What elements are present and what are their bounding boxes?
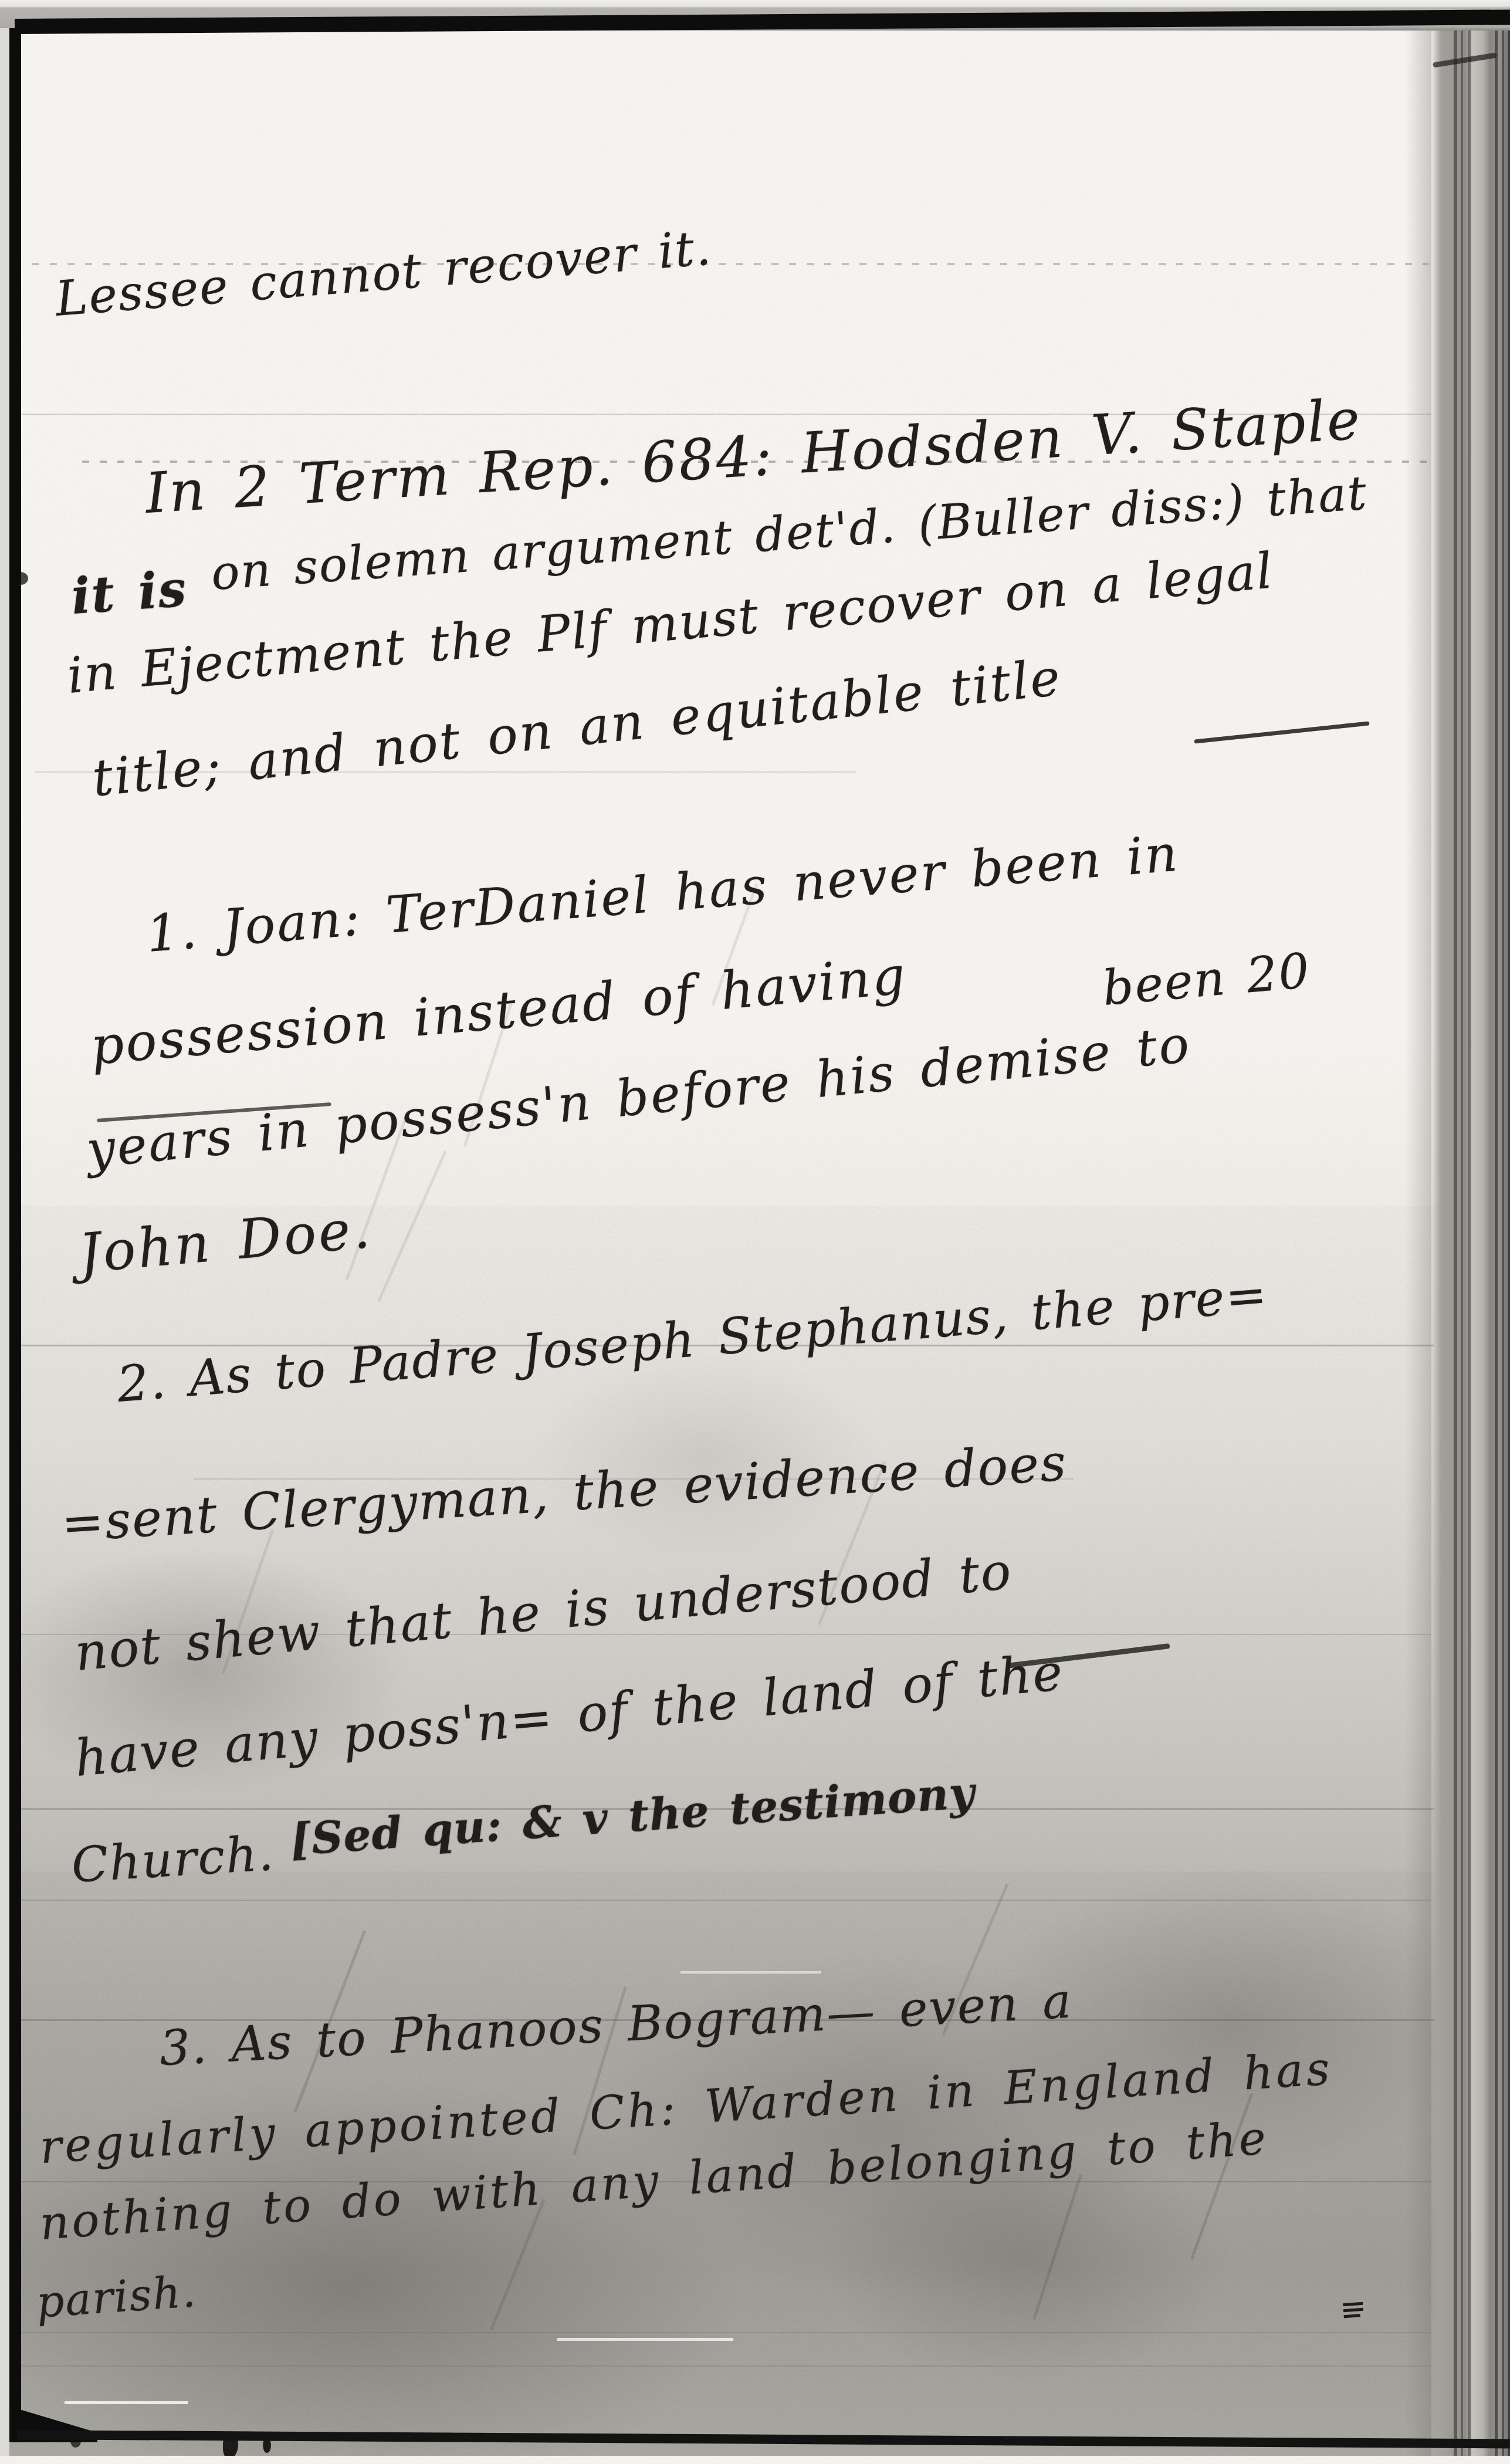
hash-mark bbox=[1343, 2302, 1364, 2318]
page-edge-line bbox=[1468, 9, 1471, 2464]
left-border-bar bbox=[9, 28, 21, 2428]
gutter-shadow-edge bbox=[1405, 0, 1431, 2464]
page-edge-line bbox=[1454, 9, 1457, 2464]
handwriting-line: parish. bbox=[35, 2270, 198, 2324]
handwriting-line: it is bbox=[70, 564, 189, 621]
scanned-manuscript-page: Lessee cannot recover it. In 2 Term Rep.… bbox=[0, 0, 1510, 2464]
page-edge-line bbox=[1495, 6, 1498, 2464]
bottom-scan-band bbox=[0, 2456, 1510, 2464]
page-edge-line bbox=[1502, 6, 1504, 2464]
page-edge-line bbox=[1461, 9, 1463, 2464]
left-border-strip bbox=[0, 28, 9, 2464]
page-edge-line bbox=[1508, 0, 1510, 2464]
handwriting-line: Church. bbox=[70, 1830, 276, 1890]
